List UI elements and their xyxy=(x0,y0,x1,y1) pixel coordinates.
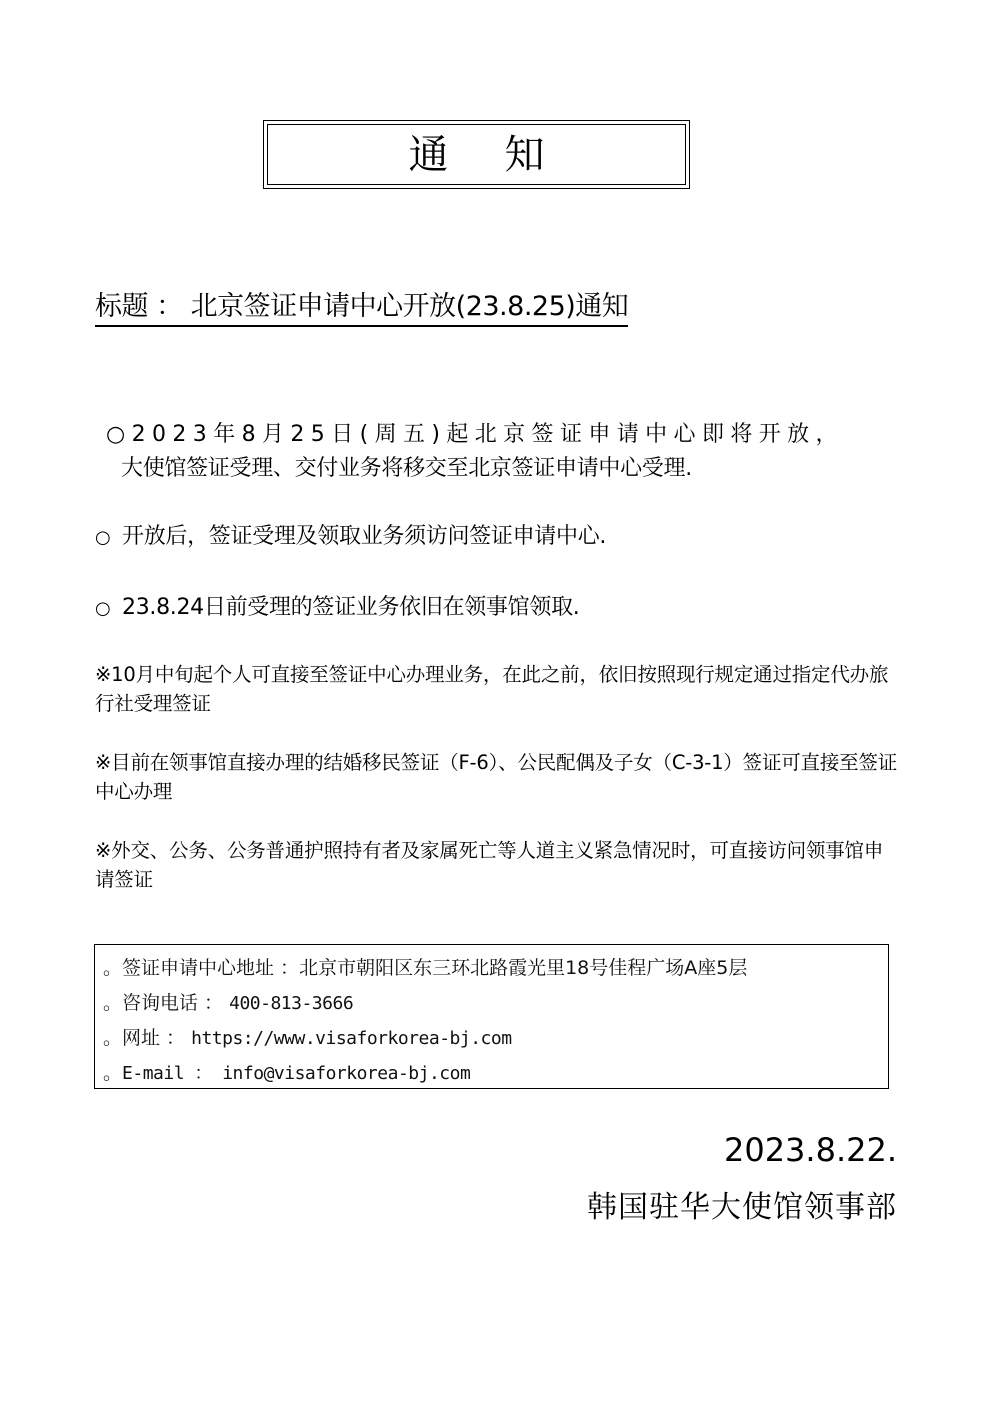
bullet-item-after-opening: ○开放后，签证受理及领取业务须访问签证申请中心. xyxy=(95,521,606,554)
contact-info-box: 。签证申请中心地址 ：北京市朝阳区东三环北路霞光里18号佳程广场A座5层 。咨询… xyxy=(94,944,889,1089)
email-link[interactable]: info@visaforkorea-bj.com xyxy=(222,1063,470,1084)
info-label: 咨询电话 ： xyxy=(122,992,229,1014)
info-label: E-mail ： xyxy=(122,1063,222,1084)
note-diplomatic-emergency: ※外交、公务、公务普通护照持有者及家属死亡等人道主义紧急情况时，可直接访问领事馆… xyxy=(95,836,900,894)
dot-bullet-icon: 。 xyxy=(103,1027,122,1049)
bullet-item-opening-date: ○2023年8月25日(周五)起北京签证申请中心即将开放， 大使馆签证受理、交付… xyxy=(106,418,906,486)
issuer-signature: 韩国驻华大使馆领事部 xyxy=(587,1186,897,1230)
address-value: 北京市朝阳区东三环北路霞光里18号佳程广场A座5层 xyxy=(299,957,747,979)
info-label: 签证申请中心地址 ： xyxy=(122,957,299,979)
note-individual-application: ※10月中旬起个人可直接至签证中心办理业务，在此之前，依旧按照现行规定通过指定代… xyxy=(95,660,900,718)
bullet-text: 2023年8月25日(周五)起北京签证申请中心即将开放， xyxy=(132,422,844,447)
circle-bullet-icon: ○ xyxy=(95,593,122,625)
info-row-address: 。签证申请中心地址 ：北京市朝阳区东三环北路霞光里18号佳程广场A座5层 xyxy=(103,951,888,986)
bullet-line-2: 大使馆签证受理、交付业务将移交至北京签证申请中心受理. xyxy=(106,452,906,486)
website-link[interactable]: https://www.visaforkorea-bj.com xyxy=(191,1028,511,1049)
title-box: 通知 xyxy=(263,120,690,189)
info-row-website: 。网址 ： https://www.visaforkorea-bj.com xyxy=(103,1021,888,1056)
notice-subject: 标题 ： 北京签证申请中心开放(23.8.25)通知 xyxy=(95,289,628,327)
bullet-line-1: ○2023年8月25日(周五)起北京签证申请中心即将开放， xyxy=(106,418,906,452)
circle-bullet-icon: ○ xyxy=(106,422,132,447)
bullet-text: 开放后，签证受理及领取业务须访问签证申请中心. xyxy=(122,524,606,549)
dot-bullet-icon: 。 xyxy=(103,957,122,979)
note-marriage-visa: ※目前在领事馆直接办理的结婚移民签证（F-6）、公民配偶及子女（C-3-1）签证… xyxy=(95,748,900,806)
bullet-item-before-date: ○23.8.24日前受理的签证业务依旧在领事馆领取. xyxy=(95,592,579,625)
bullet-text: 23.8.24日前受理的签证业务依旧在领事馆领取. xyxy=(122,595,579,620)
phone-value: 400-813-3666 xyxy=(229,993,353,1014)
info-row-phone: 。咨询电话 ： 400-813-3666 xyxy=(103,986,888,1021)
dot-bullet-icon: 。 xyxy=(103,1062,122,1084)
circle-bullet-icon: ○ xyxy=(95,522,122,554)
info-label: 网址 ： xyxy=(122,1027,191,1049)
page-title: 通知 xyxy=(409,135,601,175)
notice-date: 2023.8.22. xyxy=(724,1128,897,1172)
info-row-email: 。E-mail ： info@visaforkorea-bj.com xyxy=(103,1056,888,1091)
dot-bullet-icon: 。 xyxy=(103,992,122,1014)
title-box-inner-border: 通知 xyxy=(267,124,686,185)
